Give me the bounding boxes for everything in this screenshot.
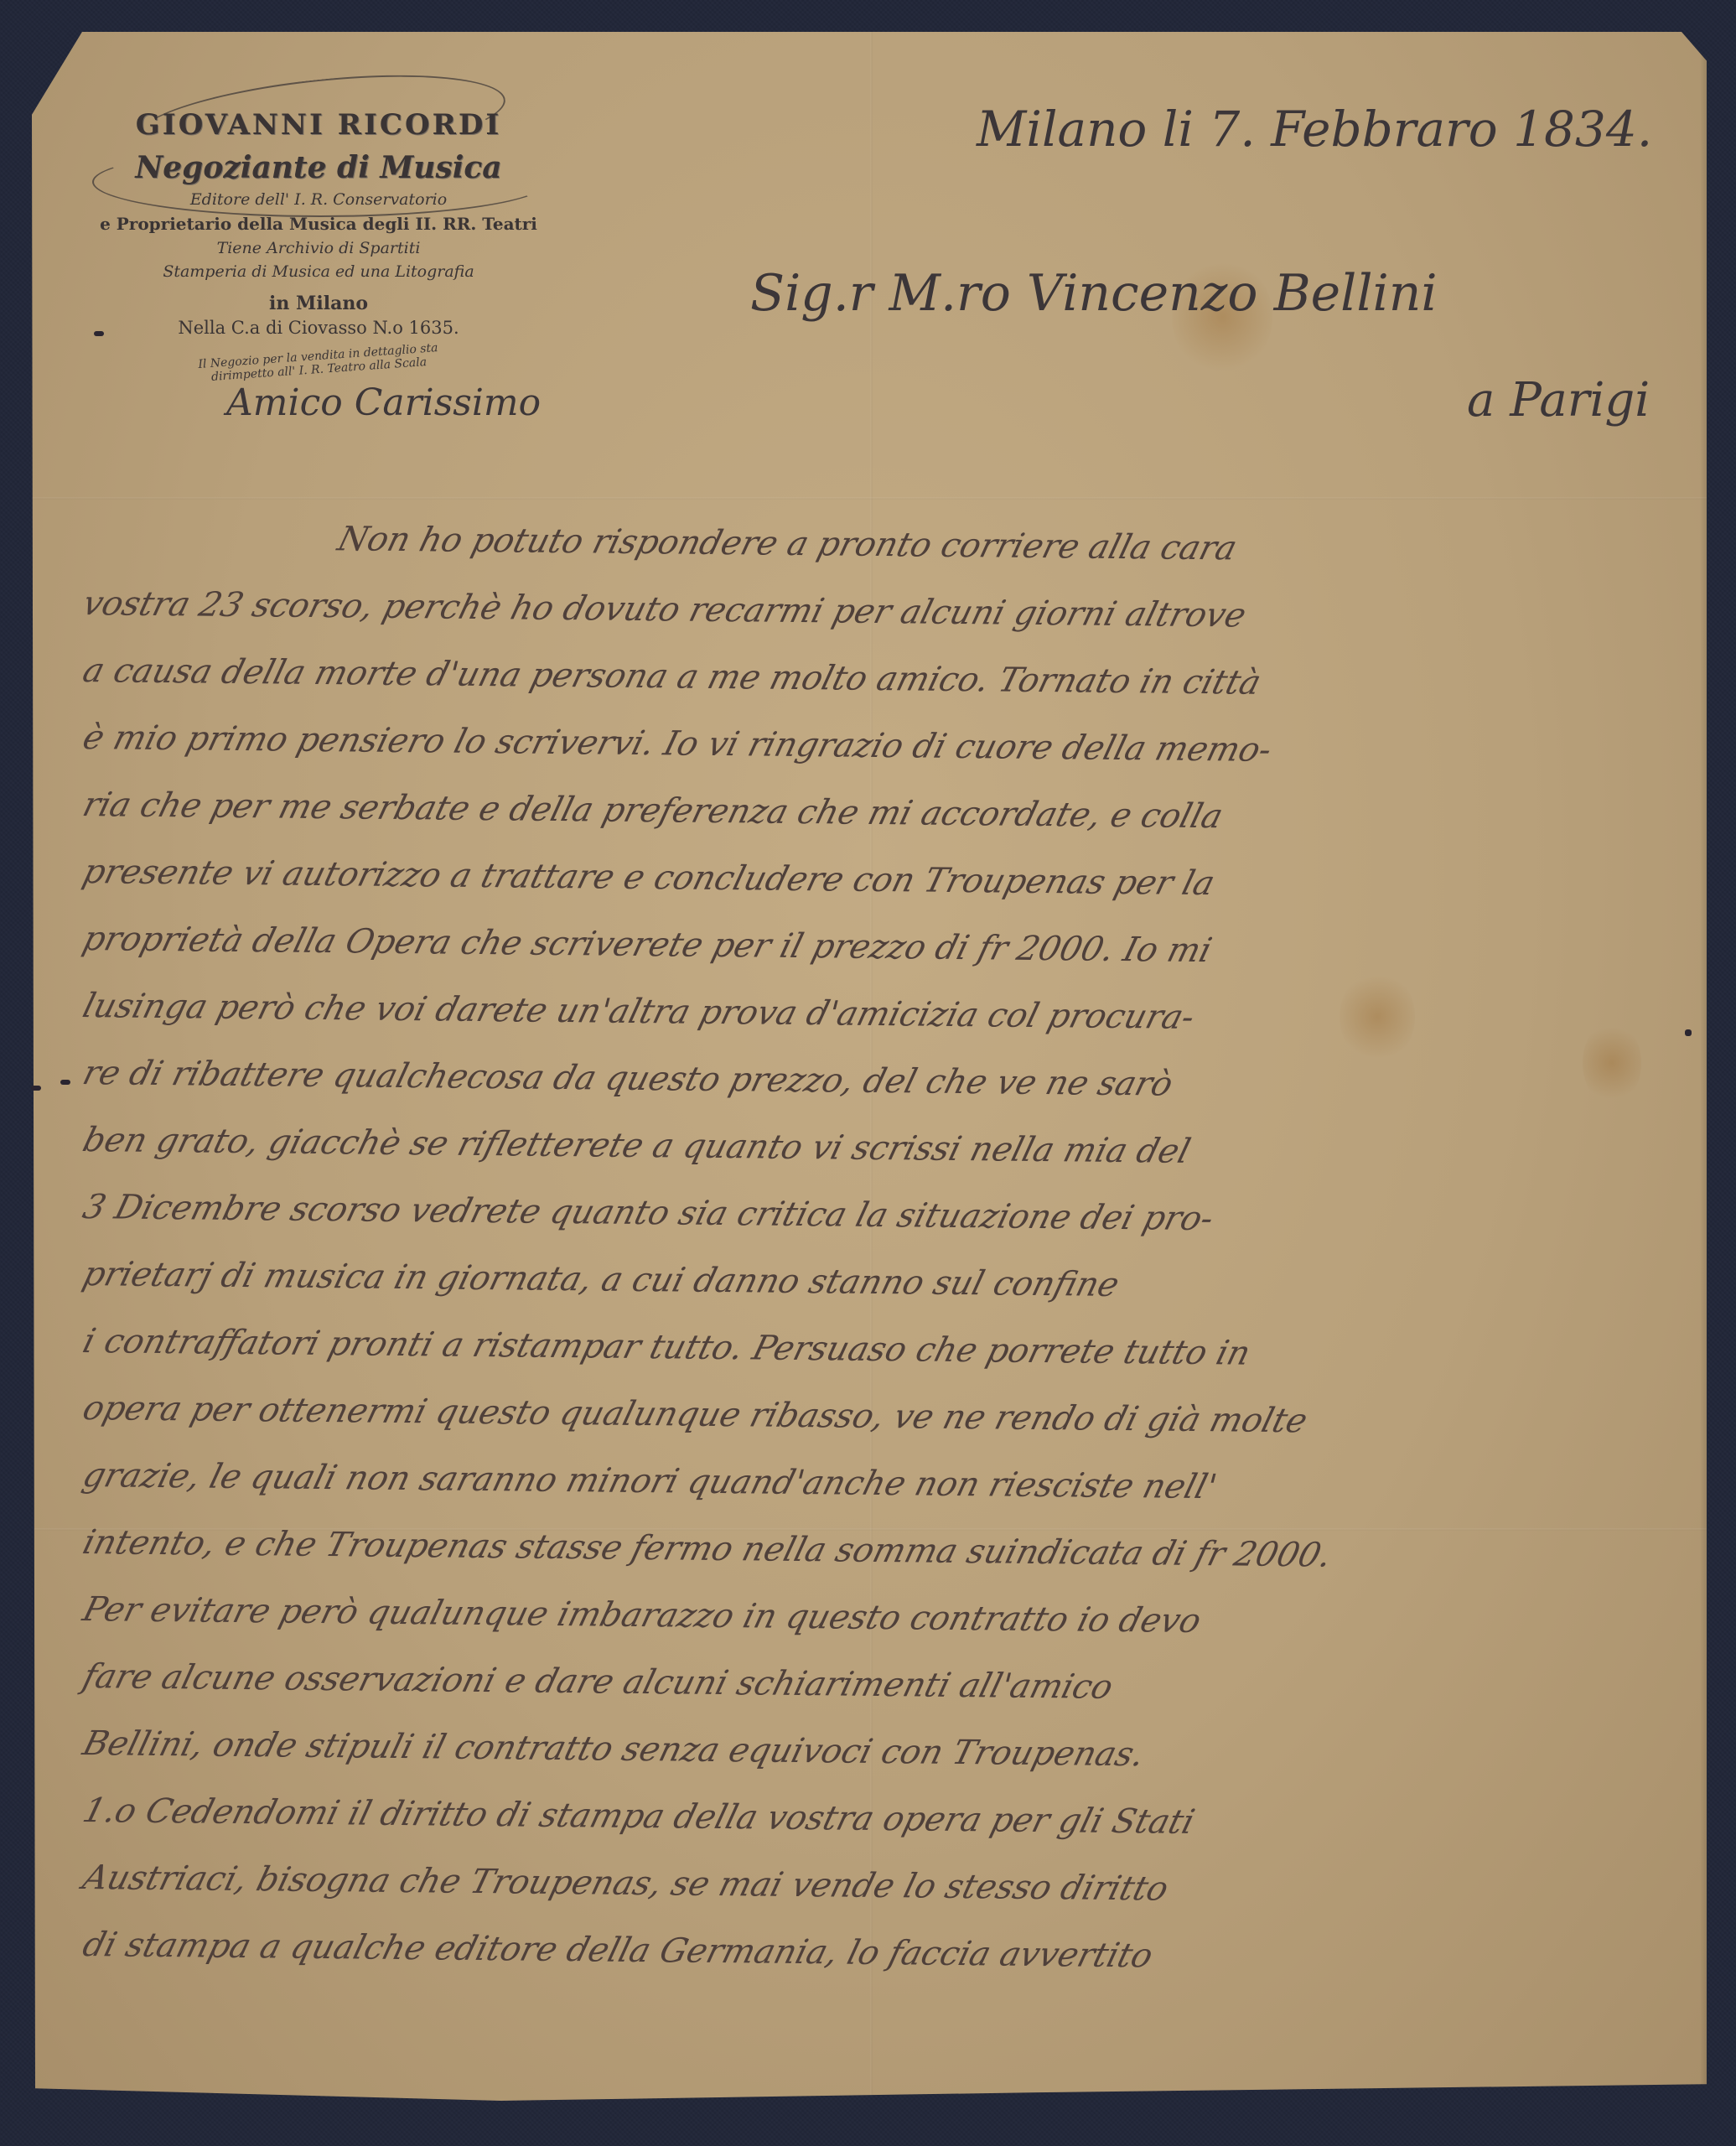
ink-blot	[1685, 1029, 1692, 1036]
letterhead-address: Nella C.a di Ciovasso N.o 1635.	[84, 318, 553, 338]
horizontal-fold-crease	[32, 497, 1707, 500]
letterhead: GIOVANNI RICORDI Negoziante di Musica Ed…	[84, 71, 553, 376]
ink-blot	[31, 1086, 41, 1091]
letterhead-line-3: Tiene Archivio di Spartiti	[84, 239, 553, 257]
ink-blot	[60, 1080, 70, 1085]
letter-recipient: Sig.r M.ro Vincenzo Bellini	[750, 264, 1438, 323]
letter-date: Milano li 7. Febbraro 1834.	[977, 101, 1652, 158]
letterhead-city: in Milano	[84, 293, 553, 314]
letterhead-line-4: Stamperia di Musica ed una Litografia	[84, 262, 553, 281]
ink-blot	[94, 331, 104, 336]
page-edge-shadow	[1700, 32, 1707, 2101]
letter-salutation: Amico Carissimo	[226, 381, 541, 424]
letter-body: Non ho potuto rispondere a pronto corrie…	[84, 503, 1676, 1978]
letter-destination: a Parigi	[1467, 373, 1650, 428]
flourish-ornament	[92, 147, 548, 217]
